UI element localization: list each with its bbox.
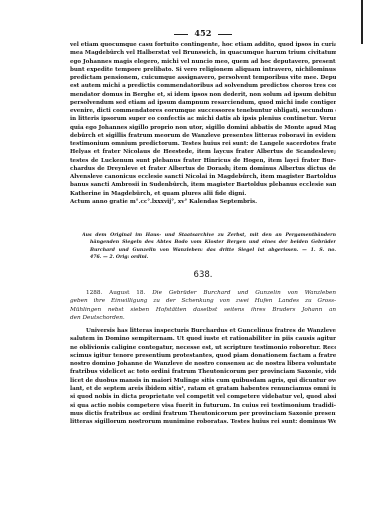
charter-text: Universis has litteras inspecturis Burch… — [70, 327, 336, 427]
text-line: testimonium omnium predictorum. Testes h… — [70, 140, 336, 148]
regest-line: den Deutschorden. — [70, 314, 336, 322]
text-line: licet de duobus mansis in maiori Mulinge… — [70, 377, 336, 385]
text-line: bunt expedite tempore prelibato. Si vero… — [70, 66, 336, 74]
continuation-text: vel etiam quocumque casu fortuito contin… — [70, 41, 336, 206]
note-line: hängenden Siegeln des Abtes Bodo vom Klo… — [82, 239, 336, 246]
text-line: si qua actio nobis competere visa fuerit… — [70, 402, 336, 410]
text-line: chardus de Dreynleve et frater Albertus … — [70, 165, 336, 173]
regest-date: 1288. August 18. — [86, 290, 145, 296]
note-line: Aus dem Original im Haus- und Staatsarch… — [82, 232, 336, 239]
text-line: salutem in Domino sempiternam. Ut quod i… — [70, 335, 336, 343]
text-line: testes de Luckenum sunt plebanus frater … — [70, 157, 336, 165]
text-line: Universis has litteras inspecturis Burch… — [70, 327, 336, 335]
text-line: ego Johannes magis elegero, michi vel nu… — [70, 58, 336, 66]
regest-line: 1288. August 18. Die Gebrüder Burchard u… — [70, 289, 336, 297]
regest-summary: 1288. August 18. Die Gebrüder Burchard u… — [70, 289, 336, 322]
dash-left — [174, 34, 188, 35]
regest-line: geben ihre Einwilligung zu der Schenkung… — [70, 297, 336, 305]
text-line: evenire, dicti commendatores eorumque su… — [70, 107, 336, 115]
note-line: 476. — 2. Orig: ordini. — [82, 254, 336, 261]
page-edge-shadow — [361, 0, 363, 44]
page-number-text: 452 — [194, 28, 211, 38]
text-line: ne oblivionis caligine contegatur, neces… — [70, 344, 336, 352]
text-line: banus sancti Ambrosii in Sudenbûrch, ite… — [70, 181, 336, 189]
text-line: predictam pensionem, cuicumque assignave… — [70, 74, 336, 82]
text-line: quia ego Johannes sigillo proprio non ut… — [70, 124, 336, 132]
text-line: Actum anno gratie m°.cc°.lxxxvij°, xv° K… — [70, 198, 336, 206]
regest-line: Mühlingen nebst sieben Hofstätten daselb… — [70, 306, 336, 314]
dash-right — [218, 34, 232, 35]
text-line: in litteris ipsorum super eo confectis a… — [70, 115, 336, 123]
regest-text: Die Gebrüder Burchard und Gunzelin von W… — [152, 290, 336, 296]
page-number: 452 — [70, 28, 336, 38]
text-line: persolvendum sed etiam ad ipsum dampnum … — [70, 99, 336, 107]
text-line: scimus igitur tenore presentium protesta… — [70, 352, 336, 360]
text-line: debûrch et sigillis fratrum meorum de Wa… — [70, 132, 336, 140]
text-line: fratribus videlicet ac toto ordini fratr… — [70, 368, 336, 376]
text-line: est autem michi a predictis commendatori… — [70, 82, 336, 90]
text-line: Helyas et frater Nicolaus de Heestede, i… — [70, 148, 336, 156]
text-line: mea Magdebûrch vel Halberstat vel Brunsw… — [70, 49, 336, 57]
text-line: Katherine in Magdebûrch, et quam plures … — [70, 190, 336, 198]
text-line: mendator domus in Berghe et, si idem ips… — [70, 91, 336, 99]
text-line: lant, et de septem areis ibidem sitis¹, … — [70, 385, 336, 393]
text-line: Alvensleve canonicus ecclesie sancti Nic… — [70, 173, 336, 181]
note-line: Burchard und Gunzelin von Wanzleben: das… — [82, 247, 336, 254]
text-line: vel etiam quocumque casu fortuito contin… — [70, 41, 336, 49]
text-line: mus dictis fratribus ac ordini fratrum T… — [70, 410, 336, 418]
document-number: 638. — [70, 270, 336, 280]
text-line: si quod nobis in dicta proprietate vel c… — [70, 393, 336, 401]
text-line: nostro domino Johanne de Wanzleve de nos… — [70, 360, 336, 368]
source-note: Aus dem Original im Haus- und Staatsarch… — [82, 232, 336, 262]
text-line: litteras sigillorum nostrorum munimine r… — [70, 418, 336, 426]
